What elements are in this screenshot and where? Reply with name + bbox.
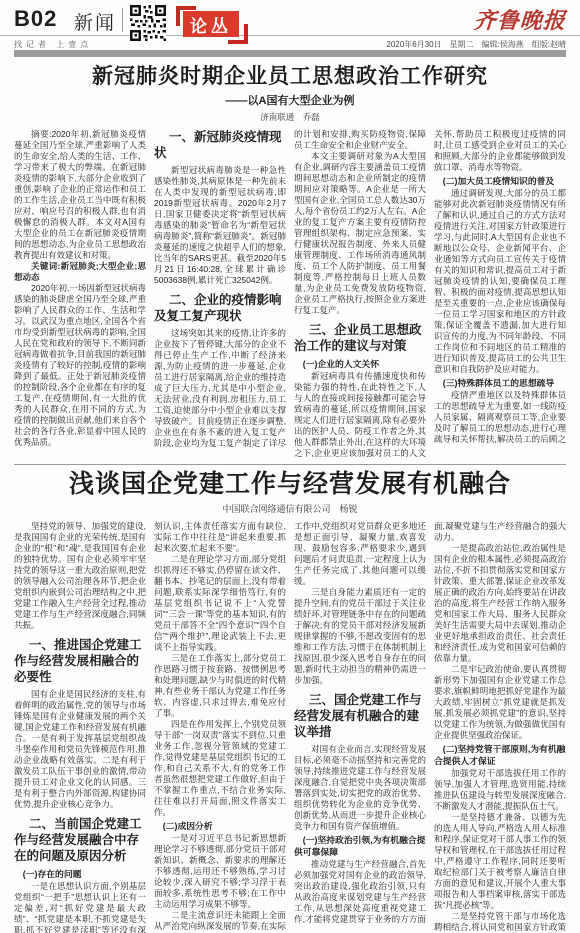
article1-body: 摘要:2020年初,新冠肺炎疫情蔓延全国乃至全球,严重影响了人类的生命安全,给人… bbox=[14, 129, 566, 459]
paragraph: 国有企业是国民经济的支柱,有着鲜明的政治属性,党的领导与市场锤炼是国有企业健康发… bbox=[14, 689, 146, 810]
article1-byline: 济南联通 乔磊 bbox=[30, 111, 550, 123]
slogan: 找记者 上壹点 bbox=[14, 39, 96, 50]
header-divider bbox=[122, 8, 123, 32]
article1-header: 新冠肺炎时期企业员工思想政治工作研究 ——以A国有大型企业为例 济南联通 乔磊 bbox=[0, 64, 580, 123]
thick-rule bbox=[14, 50, 566, 57]
paragraph: 一是坚持德才兼备、以德为先的选人用人导向,严格选人用人标准和程序,保证党对干部人… bbox=[434, 812, 566, 911]
section-heading: 二、企业的疫情影响及复工复产现状 bbox=[154, 292, 286, 324]
page-number: B02 bbox=[14, 6, 57, 32]
article1-subtitle: ——以A国有大型企业为例 bbox=[30, 92, 550, 108]
paragraph: 三是在工作落实上,部分党员工作思路习惯于按套路、按惯例思考和处理问题,缺少与时俱… bbox=[154, 653, 286, 719]
article-divider bbox=[14, 464, 566, 465]
sub-heading: (一)存在的问题 bbox=[14, 868, 146, 880]
article2-title: 浅谈国企党建工作与经营发展有机融合 bbox=[30, 470, 550, 499]
dateline: 2020年6月30日 星期二 编辑:侯海燕 组版:赵晴 bbox=[382, 39, 566, 50]
article2-byline: 中国联合网络通信有限公司 杨锐 bbox=[30, 502, 550, 515]
article2-body: 坚持党的领导、加强党的建设,是我国国有企业的光荣传统,是国有企业的“根”和“魂”… bbox=[14, 521, 566, 933]
page-header: B02 新闻 bbox=[0, 0, 580, 58]
paragraph: 摘要:2020年初,新冠肺炎疫情蔓延全国乃至全球,严重影响了人类的生命安全,给人… bbox=[14, 129, 146, 261]
paragraph: 坚持党的领导、加强党的建设,是我国国有企业的光荣传统,是国有企业的“根”和“魂”… bbox=[14, 521, 146, 631]
paragraph: 加强党对干部选拔任用工作的领导,加强人才管理,选贤用能,持续推进队伍建设与转型发… bbox=[434, 768, 566, 812]
paragraph: 二是牢记政治使命,要认真贯彻新形势下加强国有企业党建工作总要求,旗帜鲜明地把抓好… bbox=[434, 664, 566, 741]
paragraph: 三是自身能力素质还有一定的提升空间,有的党员干部过于关注业绩好坏,对管理链条中存… bbox=[294, 587, 426, 686]
section-heading: 二、当前国企党建工作与经营发展融合中存在的问题及原因分析 bbox=[14, 816, 146, 864]
column-badge-label: 论丛 bbox=[183, 11, 239, 37]
column-badge: 论丛 bbox=[176, 6, 248, 44]
paragraph: 本文主要调研对象为A大型国有企业,调研内容主要涵盖员工疫情期间思想动态和企业所制… bbox=[294, 151, 426, 316]
masthead-logo: 齐鲁晚报 bbox=[473, 4, 567, 35]
section-heading: 三、国企党建工作与经营发展有机融合的建议举措 bbox=[294, 692, 426, 740]
sub-heading: (二)成因分析 bbox=[154, 820, 286, 832]
section-name: 新闻 bbox=[74, 8, 116, 35]
paragraph: 通过调研发现,大部分的员工都能够对此次新冠肺炎疫情情况有所了解和认识,通过自己的… bbox=[434, 188, 566, 375]
qr-code-icon bbox=[130, 5, 166, 41]
header-rule bbox=[0, 35, 580, 36]
paragraph: 一是对习近平总书记新思想新理论学习不够透彻,部分党员干部对新知识、新概念、新要求… bbox=[154, 833, 286, 910]
paragraph: 2020年初,一场因新型冠状病毒感染的肺炎肆虐全国乃至全球,严重影响了人民群众的… bbox=[14, 283, 146, 448]
paragraph: 对国有企业而言,实现经营发展目标,必须毫不动摇坚持和完善党的领导,持续推进党建工… bbox=[294, 744, 426, 832]
sub-heading: (一)坚持政治引领,为有机融合提供可靠保障 bbox=[294, 834, 426, 858]
article2-header: 浅谈国企党建工作与经营发展有机融合 中国联合网络通信有限公司 杨锐 bbox=[0, 470, 580, 515]
newspaper-page: B02 新闻 bbox=[0, 0, 580, 933]
section-heading: 一、推进国企党建工作与经营发展相融合的必要性 bbox=[14, 637, 146, 685]
paragraph: 二是在理论学习方面,部分党组织抓得还不够实,仍停留在读文件、翻书本、抄笔记的层面… bbox=[154, 554, 286, 653]
paragraph: 关键词:新冠肺炎;大型企业;思想动态 bbox=[14, 261, 146, 283]
paragraph: 一是提高政治站位,政治属性是国有企业的根本属性,必须提高政治站位,不折不扣贯彻落… bbox=[434, 543, 566, 664]
sub-heading: (二)加大员工疫情知识的普及 bbox=[434, 175, 566, 187]
section-heading: 三、企业员工思想政治工作的建议与对策 bbox=[294, 322, 426, 354]
paragraph: 四是在作用发挥上,个别党员领导干部“一岗双责”落实不到位,只重业务工作,忽视分管… bbox=[154, 719, 286, 818]
sub-heading: (三)特殊群体员工的思想疏导 bbox=[434, 377, 566, 389]
sub-heading: (二)坚持党管干部原则,为有机融合提供人才保证 bbox=[434, 743, 566, 767]
paragraph: 新型冠状病毒肺炎是一种急性感染性肺炎,其病原体是一种先前未在人类中发现的新型冠状… bbox=[154, 165, 286, 286]
section-heading: 一、新冠肺炎疫情现状 bbox=[154, 129, 286, 161]
article1-title: 新冠肺炎时期企业员工思想政治工作研究 bbox=[30, 64, 550, 90]
sub-heading: (一)企业的人文关怀 bbox=[294, 358, 426, 370]
